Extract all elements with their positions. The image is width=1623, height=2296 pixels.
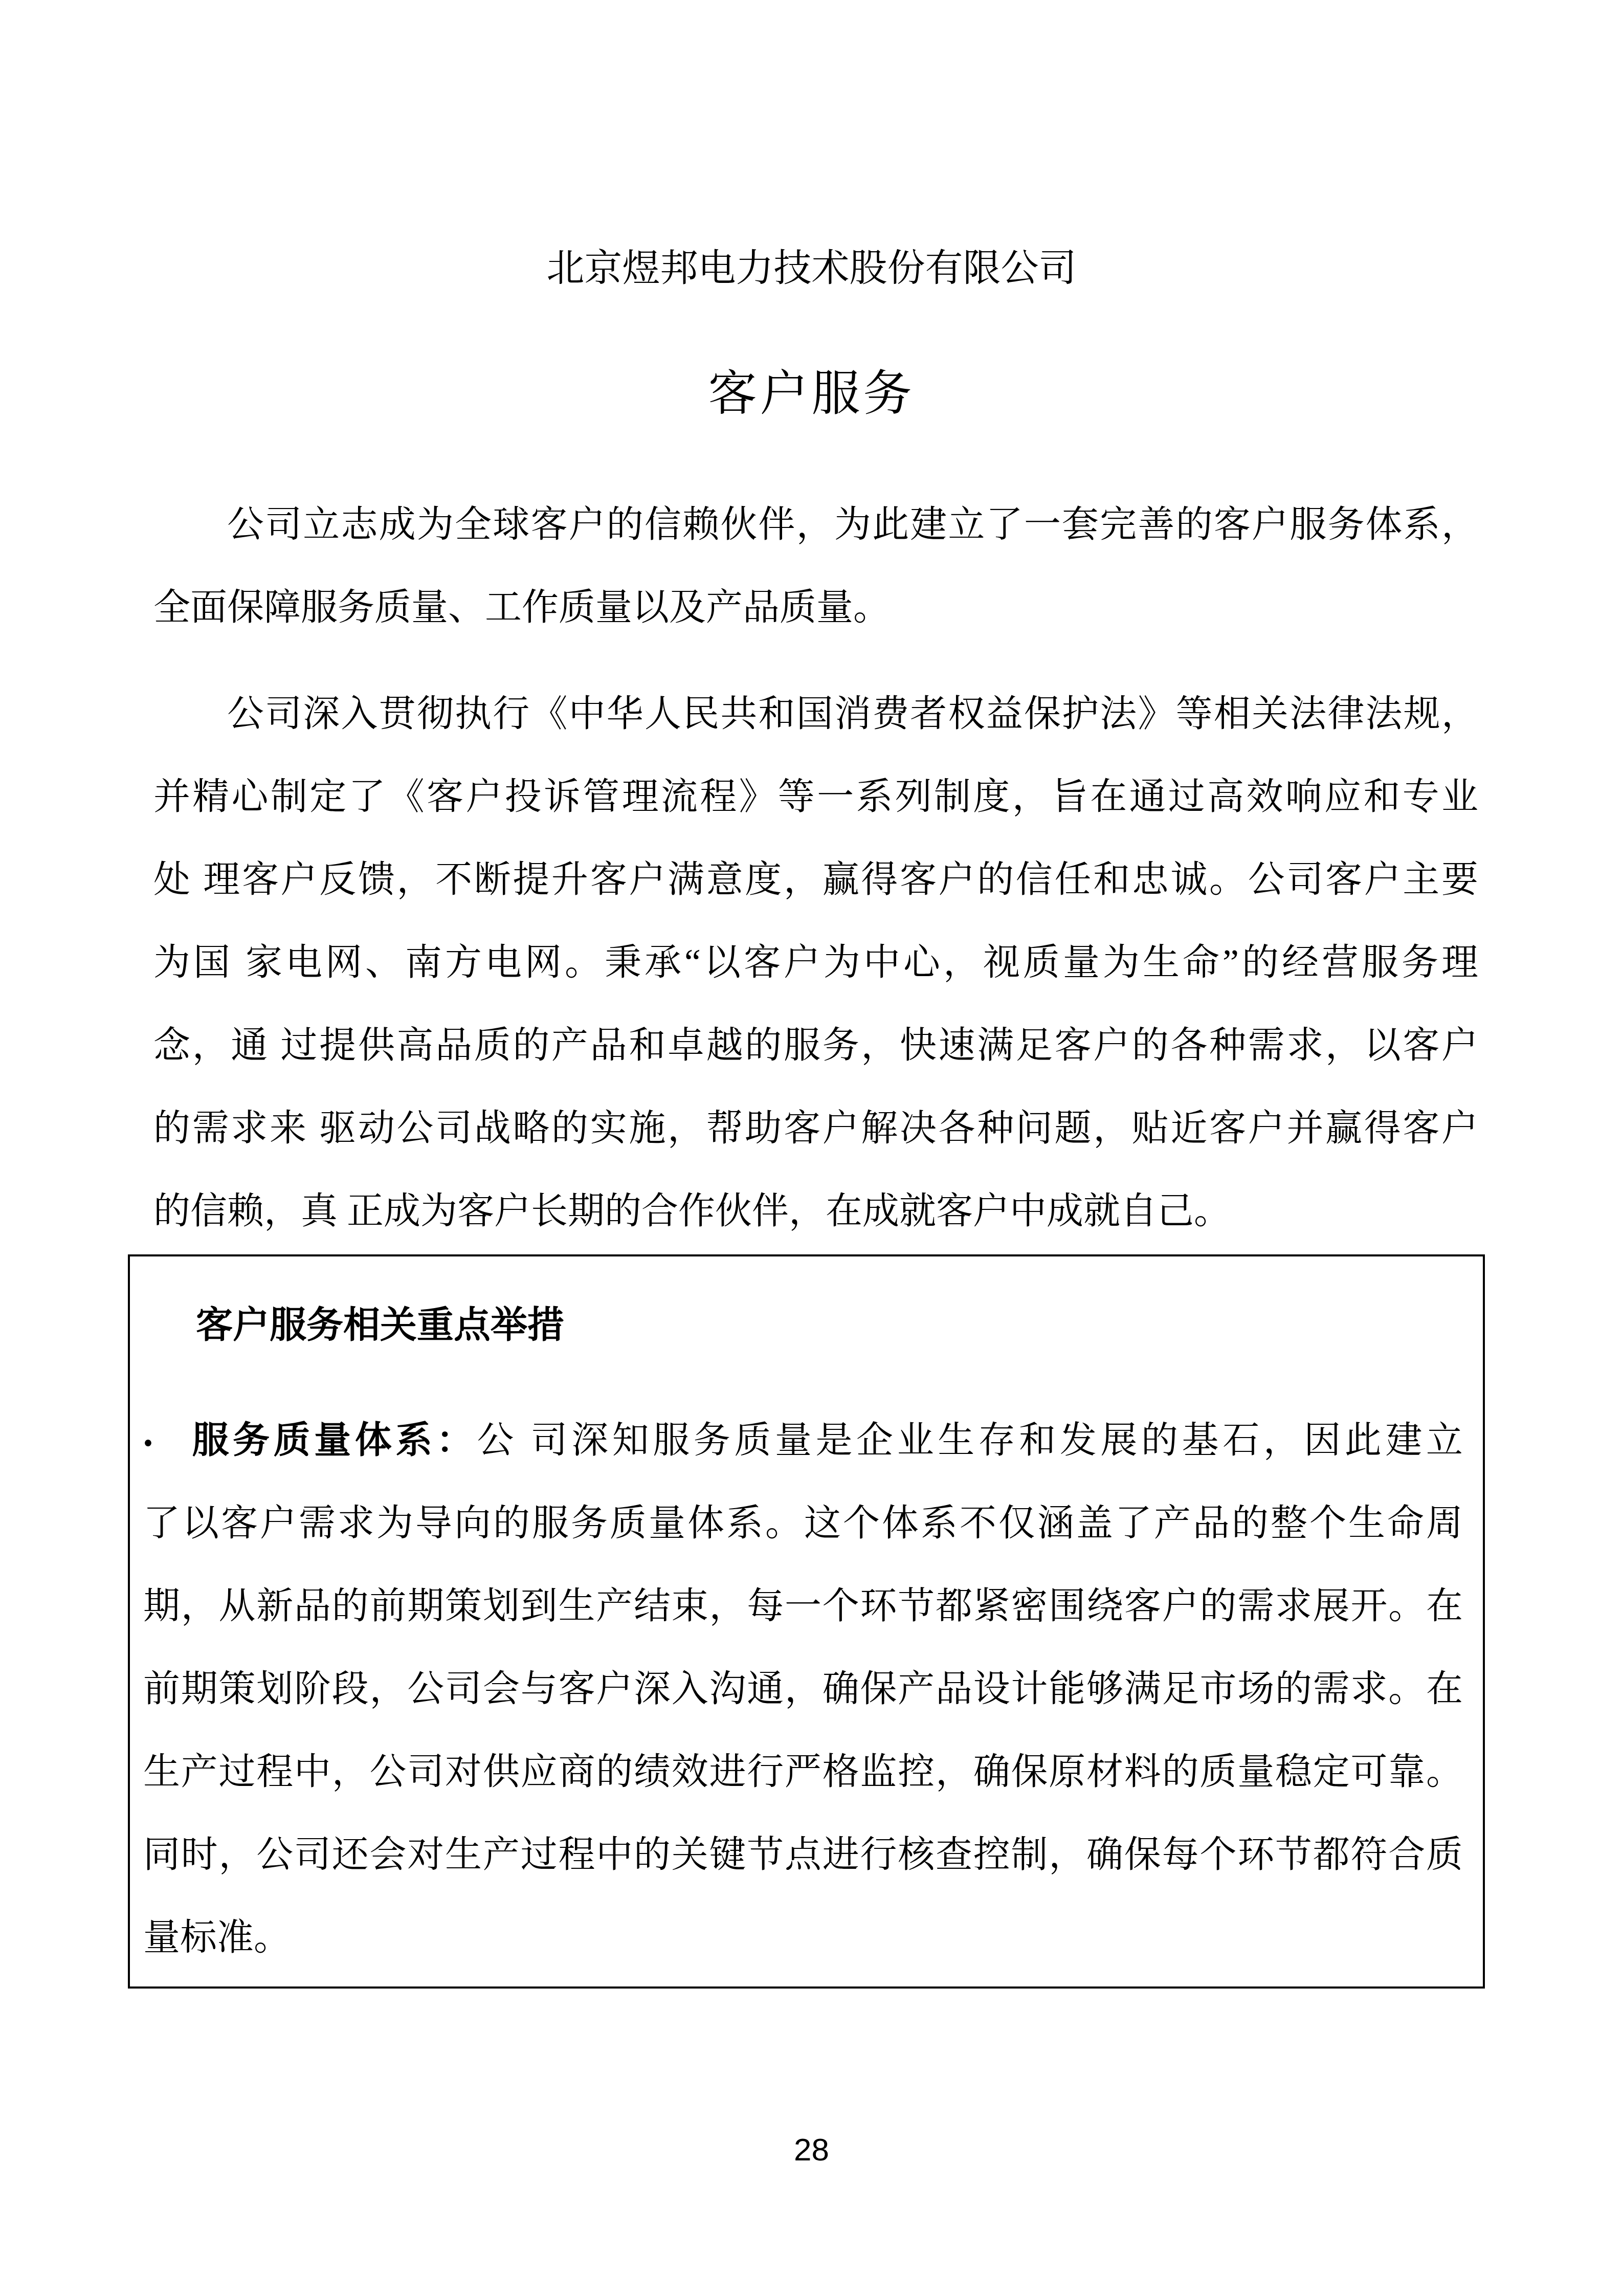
text-line: 期，从新品的前期策划到生产结束，每一个环节都紧密围绕客户的需求展开。在: [143, 1564, 1463, 1647]
text-line: 前期策划阶段，公司会与客户深入沟通，确保产品设计能够满足市场的需求。在: [143, 1647, 1463, 1730]
paragraph-intro: 公司立志成为全球客户的信赖伙伴，为此建立了一套完善的客户服务体系， 全面保障服务…: [153, 483, 1478, 649]
text-line: 了以客户需求为导向的服务质量体系。这个体系不仅涵盖了产品的整个生命周: [143, 1482, 1463, 1564]
bullet-text: 公 司深知服务质量是企业生存和发展的基石，因此建立: [477, 1420, 1463, 1461]
text-line: 生产过程中，公司对供应商的绩效进行严格监控，确保原材料的质量稳定可靠。: [143, 1730, 1463, 1813]
text-line: 处 理客户反馈，不断提升客户满意度，赢得客户的信任和忠诚。公司客户主要: [153, 838, 1478, 921]
text-line: 同时，公司还会对生产过程中的关键节点进行核查控制，确保每个环节都符合质: [143, 1813, 1463, 1896]
text-line: 并精心制定了《客户投诉管理流程》等一系列制度，旨在通过高效响应和专业: [153, 755, 1478, 838]
document-title: 客户服务: [0, 364, 1623, 424]
text-line: 公司深入贯彻执行《中华人民共和国消费者权益保护法》等相关法律法规，: [153, 672, 1478, 755]
highlight-box: 客户服务相关重点举措 •服务质量体系：公 司深知服务质量是企业生存和发展的基石，…: [128, 1254, 1485, 1989]
bullet-item: •服务质量体系：公 司深知服务质量是企业生存和发展的基石，因此建立: [143, 1399, 1463, 1482]
box-heading: 客户服务相关重点举措: [196, 1284, 1463, 1366]
page-number: 28: [0, 2132, 1623, 2168]
paragraph-policy: 公司深入贯彻执行《中华人民共和国消费者权益保护法》等相关法律法规， 并精心制定了…: [153, 672, 1478, 1252]
text-line: 的需求来 驱动公司战略的实施，帮助客户解决各种问题，贴近客户并赢得客户: [153, 1087, 1478, 1169]
bullet-label: 服务质量体系：: [188, 1420, 477, 1461]
text-line: 公司立志成为全球客户的信赖伙伴，为此建立了一套完善的客户服务体系，: [153, 483, 1478, 566]
text-line: 量标准。: [143, 1896, 1463, 1979]
bullet-icon: •: [143, 1402, 164, 1485]
text-line: 念，通 过提供高品质的产品和卓越的服务，快速满足客户的各种需求，以客户: [153, 1004, 1478, 1087]
text-line: 全面保障服务质量、工作质量以及产品质量。: [153, 566, 1478, 649]
company-title: 北京煜邦电力技术股份有限公司: [0, 246, 1623, 292]
text-line: 的信赖，真 正成为客户长期的合作伙伴，在成就客户中成就自己。: [153, 1169, 1478, 1252]
text-line: 为国 家电网、南方电网。秉承“以客户为中心，视质量为生命”的经营服务理: [153, 921, 1478, 1004]
